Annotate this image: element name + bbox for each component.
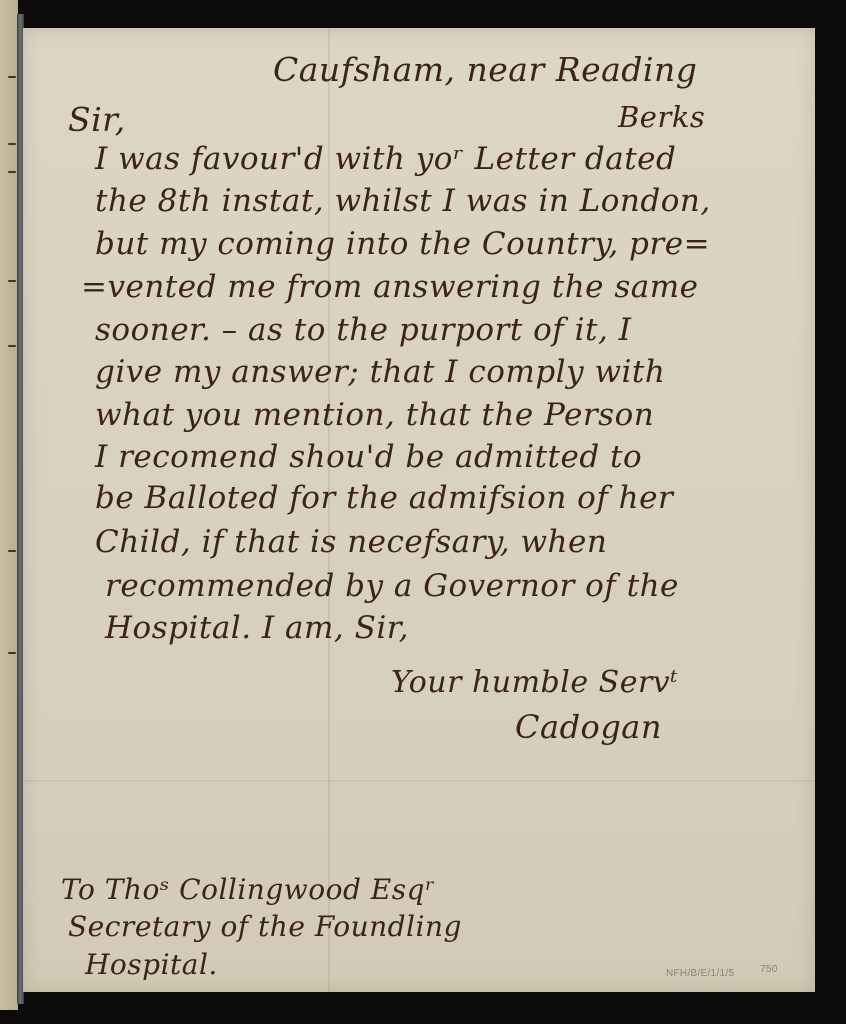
body-line-8: I recomend shou'd be admitted to	[95, 439, 642, 475]
fold-crease-horizontal	[23, 780, 815, 782]
folio-number: 750	[760, 964, 778, 975]
adjacent-page-edge	[0, 0, 18, 1010]
address-line-2: Secretary of the Foundling	[68, 910, 462, 943]
body-line-3: but my coming into the Country, pre=	[95, 226, 710, 262]
body-line-9: be Balloted for the admifsion of her	[95, 480, 673, 516]
closing: Your humble Servᵗ	[391, 665, 678, 700]
body-line-7: what you mention, that the Person	[95, 397, 654, 433]
letter-page: Caufsham, near Reading Berks Sir, I was …	[23, 28, 815, 992]
body-line-2: the 8th instat, whilst I was in London,	[95, 183, 711, 219]
place-line-2: Berks	[618, 100, 705, 134]
body-line-12: Hospital. I am, Sir,	[105, 610, 409, 646]
body-line-5: sooner. – as to the purport of it, I	[95, 312, 631, 348]
body-line-4: =vented me from answering the same	[81, 269, 699, 305]
body-line-11: recommended by a Governor of the	[105, 568, 679, 604]
address-line-3: Hospital.	[85, 948, 218, 981]
archive-reference: NFH/B/E/1/1/5	[666, 968, 734, 979]
signature: Cadogan	[515, 708, 662, 746]
body-line-10: Child, if that is necefsary, when	[95, 524, 607, 560]
body-line-6: give my answer; that I comply with	[95, 354, 665, 390]
salutation: Sir,	[68, 100, 126, 139]
body-line-1: I was favour'd with yoʳ Letter dated	[95, 141, 676, 177]
place-line-1: Caufsham, near Reading	[273, 50, 697, 89]
address-line-1: To Thoˢ Collingwood Esqʳ	[61, 873, 435, 906]
